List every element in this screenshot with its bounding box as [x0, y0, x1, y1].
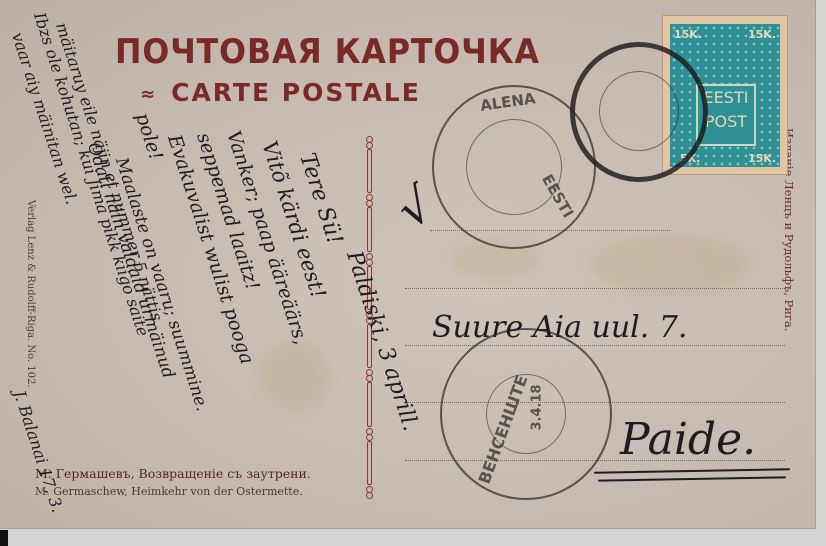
divider-knot: [366, 434, 373, 441]
title-french: ≈CARTE POSTALE: [140, 78, 421, 107]
postmark-text: ALENA: [479, 89, 537, 115]
divider-segment: [367, 149, 372, 193]
divider-segment: [367, 441, 372, 485]
postcard: ПОЧТОВАЯ КАРТОЧКА ≈CARTE POSTALE Verlag …: [0, 0, 816, 529]
scan-edge: [0, 530, 8, 546]
postmark-date: 3.4.18: [530, 384, 545, 430]
divider-segment: [367, 382, 372, 426]
title-french-text: CARTE POSTALE: [171, 78, 421, 107]
divider-knot: [366, 375, 373, 382]
postmark-inner: [599, 71, 679, 151]
caption-german: M. Germaschew, Heimkehr von der Ostermet…: [35, 485, 303, 498]
postmark-top: ALENA EESTI: [432, 85, 596, 249]
address-street: Suure Aia uul. 7.: [432, 310, 687, 345]
handwritten-line: pole!: [131, 110, 167, 163]
stain: [260, 340, 330, 410]
address-line: [405, 345, 785, 346]
verlag-imprint: Verlag Lenz & Rudolff-Riga. No. 102.: [25, 200, 36, 388]
stamp-value: 15K.: [674, 28, 702, 41]
caption-russian: М. Гермашевъ, Возвращеніе съ заутрени.: [35, 466, 311, 481]
postmark-inner: [466, 119, 562, 215]
divider-knot: [366, 142, 373, 149]
stamp-value: 15K.: [748, 28, 776, 41]
divider-segment: [367, 207, 372, 251]
divider-knot: [366, 200, 373, 207]
address-city: Paide.: [620, 414, 756, 465]
postmark-bottom: ВЕНСЕНШТЕ 3.4.18: [440, 328, 612, 500]
divider-knot: [366, 492, 373, 499]
title-russian: ПОЧТОВАЯ КАРТОЧКА: [115, 32, 540, 72]
address-underline: [598, 476, 786, 481]
address-underline: [594, 468, 790, 473]
handwritten-date: Paldiski, 3 aprill.: [341, 248, 423, 434]
stain: [590, 235, 750, 295]
address-line: [405, 288, 785, 289]
title-ornament: ≈: [140, 84, 157, 105]
stamp-value: 15K.: [748, 152, 776, 165]
